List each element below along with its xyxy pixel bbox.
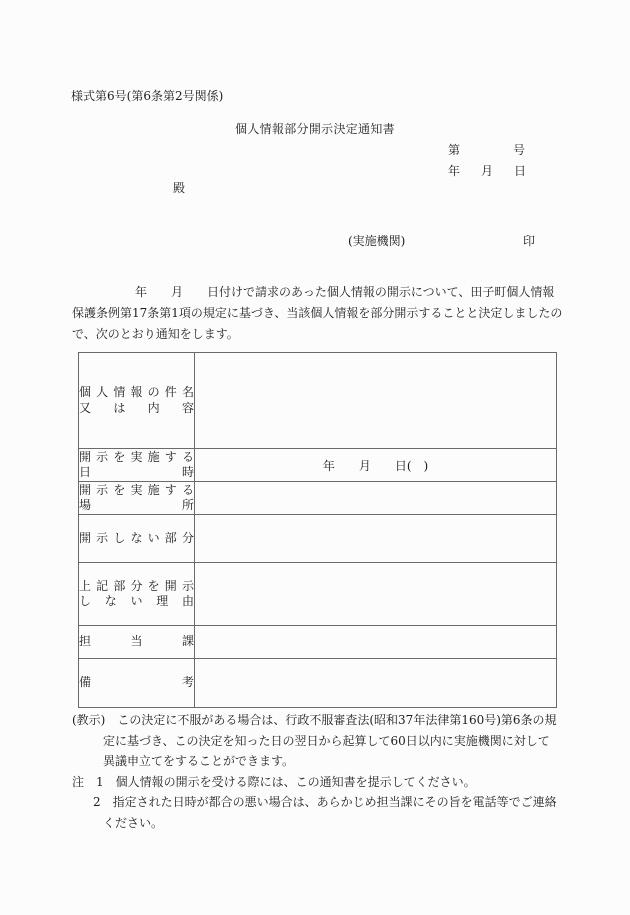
date-year-label: 年: [448, 162, 460, 179]
value-nondisclosed-part: [195, 515, 557, 563]
label-reason-nondisclosure: 上記部分を開示 しない理由: [79, 563, 195, 626]
table-row: 上記部分を開示 しない理由: [79, 563, 557, 626]
row-label-line: しない理由: [79, 594, 194, 610]
document-number-line: 第 号: [448, 141, 525, 158]
row-label-line: 場所: [79, 498, 194, 514]
date-month-label: 月: [481, 162, 493, 179]
document-number-prefix: 第: [448, 141, 460, 158]
table-row: 開示しない部分: [79, 515, 557, 563]
issuer-label: (実施機関): [348, 232, 405, 249]
document-page: 様式第6号(第6条第2号関係) 個人情報部分開示決定通知書 第 号 年 月 日 …: [0, 0, 630, 915]
addressee-suffix: 殿: [173, 179, 185, 196]
row-label-line: 開示を実施する: [79, 483, 194, 499]
appeal-instruction-line: 異議申立てをすることができます。: [103, 751, 572, 772]
label-disclosure-datetime: 開示を実施する 日時: [79, 449, 195, 482]
value-reason-nondisclosure: [195, 563, 557, 626]
row-label-line: 又は内容: [79, 401, 194, 417]
body-line: で、次のとおり通知をします。: [72, 324, 572, 345]
row-label-line: 開示を実施する: [79, 450, 194, 466]
note-line: ください。: [103, 813, 572, 834]
value-disclosure-place: [195, 482, 557, 515]
seal-mark: 印: [523, 232, 535, 249]
table-row: 個人情報の件名 又は内容: [79, 353, 557, 449]
document-number-suffix: 号: [513, 141, 525, 158]
note-line: 注 1 個人情報の開示を受ける際には、この通知書を提示してください。: [72, 772, 572, 793]
label-remarks: 備考: [79, 659, 195, 708]
row-label-line: 日時: [79, 465, 194, 481]
value-remarks: [195, 659, 557, 708]
row-label-line: 上記部分を開示: [79, 579, 194, 595]
page-title: 個人情報部分開示決定通知書: [0, 120, 630, 137]
footer-notes: (教示) この決定に不服がある場合は、行政不服審査法(昭和37年法律第160号)…: [72, 710, 572, 834]
value-disclosure-datetime: 年 月 日( ): [195, 449, 557, 482]
date-day-label: 日: [514, 162, 526, 179]
row-label-line: 担当課: [79, 634, 194, 650]
appeal-instruction-line: (教示) この決定に不服がある場合は、行政不服審査法(昭和37年法律第160号)…: [72, 710, 572, 731]
body-paragraph: 年 月 日付けで請求のあった個人情報の開示について、田子町個人情報 保護条例第1…: [72, 282, 572, 345]
label-personal-info-subject: 個人情報の件名 又は内容: [79, 353, 195, 449]
disclosure-table: 個人情報の件名 又は内容 開示を実施する 日時 年 月 日( ): [78, 352, 557, 708]
row-label-line: 開示しない部分: [79, 531, 194, 547]
table-row: 開示を実施する 日時 年 月 日( ): [79, 449, 557, 482]
appeal-instruction-line: 定に基づき、この決定を知った日の翌日から起算して60日以内に実施機関に対して: [103, 731, 572, 752]
form-number: 様式第6号(第6条第2号関係): [71, 87, 223, 104]
value-responsible-division: [195, 626, 557, 659]
value-personal-info-subject: [195, 353, 557, 449]
label-responsible-division: 担当課: [79, 626, 195, 659]
table-row: 備考: [79, 659, 557, 708]
row-label-line: 個人情報の件名: [79, 385, 194, 401]
label-disclosure-place: 開示を実施する 場所: [79, 482, 195, 515]
table-row: 担当課: [79, 626, 557, 659]
table-row: 開示を実施する 場所: [79, 482, 557, 515]
label-nondisclosed-part: 開示しない部分: [79, 515, 195, 563]
row-label-line: 備考: [79, 675, 194, 691]
issue-date-line: 年 月 日: [448, 162, 526, 179]
body-line: 保護条例第17条第1項の規定に基づき、当該個人情報を部分開示することと決定しまし…: [72, 303, 572, 324]
body-line: 年 月 日付けで請求のあった個人情報の開示について、田子町個人情報: [135, 282, 572, 303]
note-line: 2 指定された日時が都合の悪い場合は、あらかじめ担当課にその旨を電話等でご連絡: [93, 792, 572, 813]
